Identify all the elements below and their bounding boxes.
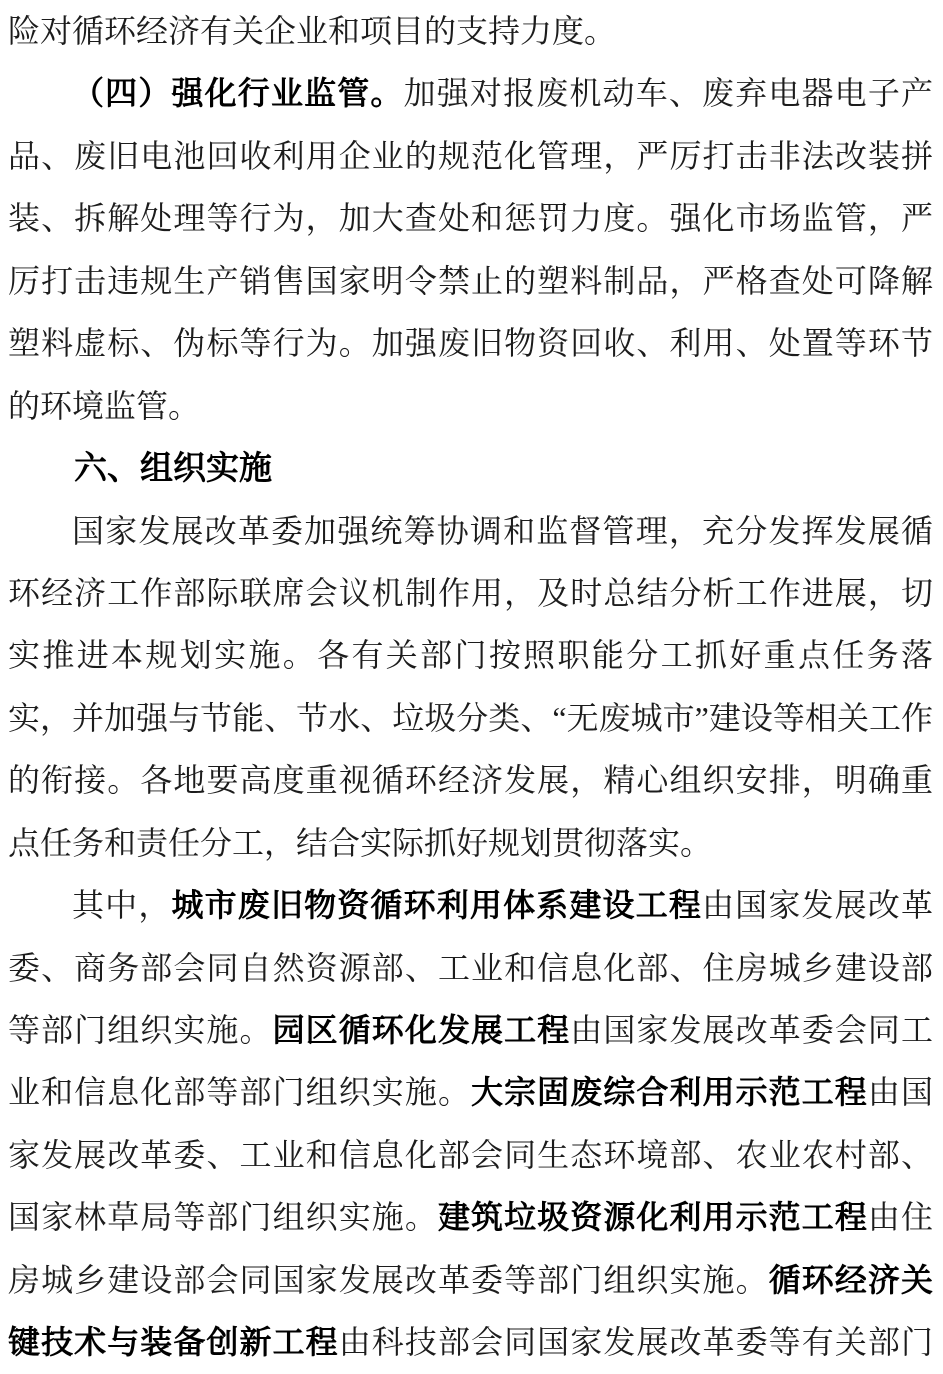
text-line: 实推进本规划实施。各有关部门按照职能分工抓好重点任务落 — [8, 624, 933, 686]
text-segment: 加强对报废机动车、废弃电器电子产 — [404, 75, 933, 111]
text-segment: 厉打击违规生产销售国家明令禁止的塑料制品，严格查处可降解 — [8, 263, 933, 299]
text-line: 险对循环经济有关企业和项目的支持力度。 — [8, 0, 933, 62]
emphasis-segment: 六、组织实施 — [74, 449, 272, 486]
text-segment: 其中， — [72, 887, 171, 923]
text-segment: 由国 — [868, 1074, 933, 1110]
emphasis-segment: （四）强化行业监管。 — [72, 75, 404, 111]
text-segment: 品、废旧电池回收利用企业的规范化管理，严厉打击非法改装拼 — [8, 138, 933, 174]
text-line: 键技术与装备创新工程由科技部会同国家发展改革委等有关部门 — [8, 1311, 933, 1373]
text-segment: 由住 — [868, 1199, 933, 1235]
text-segment: 家发展改革委、工业和信息化部会同生态环境部、农业农村部、 — [8, 1137, 933, 1173]
text-segment: 点任务和责任分工，结合实际抓好规划贯彻落实。 — [8, 825, 712, 861]
document-page: 险对循环经济有关企业和项目的支持力度。（四）强化行业监管。加强对报废机动车、废弃… — [0, 0, 943, 1374]
text-line: 委、商务部会同自然资源部、工业和信息化部、住房城乡建设部 — [8, 937, 933, 999]
text-segment: 环经济工作部际联席会议机制作用，及时总结分析工作进展，切 — [8, 575, 933, 611]
text-segment: 国家发展改革委加强统筹协调和监督管理，充分发挥发展循 — [72, 513, 933, 549]
text-segment: 由国家发展改革委会同工 — [570, 1012, 933, 1048]
text-line: 的环境监管。 — [8, 375, 933, 437]
text-segment: 等部门组织实施。 — [8, 1012, 273, 1048]
text-segment: 的衔接。各地要高度重视循环经济发展，精心组织安排，明确重 — [8, 762, 933, 798]
emphasis-segment: 循环经济关 — [769, 1262, 933, 1298]
text-line: 房城乡建设部会同国家发展改革委等部门组织实施。循环经济关 — [8, 1249, 933, 1311]
text-line: 国家林草局等部门组织实施。建筑垃圾资源化利用示范工程由住 — [8, 1186, 933, 1248]
text-segment: 装、拆解处理等行为，加大查处和惩罚力度。强化市场监管，严 — [8, 200, 933, 236]
emphasis-segment: 城市废旧物资循环利用体系建设工程 — [171, 887, 702, 923]
text-segment: 由科技部会同国家发展改革委等有关部门 — [339, 1324, 933, 1360]
text-line: 家发展改革委、工业和信息化部会同生态环境部、农业农村部、 — [8, 1124, 933, 1186]
text-segment: 国家林草局等部门组织实施。 — [8, 1199, 438, 1235]
text-line: 等部门组织实施。园区循环化发展工程由国家发展改革委会同工 — [8, 999, 933, 1061]
emphasis-segment: 建筑垃圾资源化利用示范工程 — [438, 1199, 868, 1235]
text-line: 塑料虚标、伪标等行为。加强废旧物资回收、利用、处置等环节 — [8, 312, 933, 374]
text-line: 装、拆解处理等行为，加大查处和惩罚力度。强化市场监管，严 — [8, 187, 933, 249]
text-line: 国家发展改革委加强统筹协调和监督管理，充分发挥发展循 — [8, 500, 933, 562]
emphasis-segment: 园区循环化发展工程 — [273, 1012, 571, 1048]
text-segment: 实，并加强与节能、节水、垃圾分类、“无废城市”建设等相关工作 — [8, 700, 933, 736]
text-segment: 塑料虚标、伪标等行为。加强废旧物资回收、利用、处置等环节 — [8, 325, 933, 361]
text-line: 其中，城市废旧物资循环利用体系建设工程由国家发展改革 — [8, 874, 933, 936]
text-line: （四）强化行业监管。加强对报废机动车、废弃电器电子产 — [8, 62, 933, 124]
text-segment: 业和信息化部等部门组织实施。 — [8, 1074, 471, 1110]
text-segment: 险对循环经济有关企业和项目的支持力度。 — [8, 13, 616, 49]
text-line: 的衔接。各地要高度重视循环经济发展，精心组织安排，明确重 — [8, 749, 933, 811]
text-line: 实，并加强与节能、节水、垃圾分类、“无废城市”建设等相关工作 — [8, 687, 933, 749]
text-line: 环经济工作部际联席会议机制作用，及时总结分析工作进展，切 — [8, 562, 933, 624]
text-segment: 由国家发展改革 — [702, 887, 933, 923]
emphasis-segment: 大宗固废综合利用示范工程 — [471, 1074, 868, 1110]
text-line: 点任务和责任分工，结合实际抓好规划贯彻落实。 — [8, 812, 933, 874]
text-segment: 的环境监管。 — [8, 388, 200, 424]
text-line: 厉打击违规生产销售国家明令禁止的塑料制品，严格查处可降解 — [8, 250, 933, 312]
emphasis-segment: 键技术与装备创新工程 — [8, 1324, 339, 1360]
section-heading: 六、组织实施 — [8, 437, 933, 499]
text-segment: 实推进本规划实施。各有关部门按照职能分工抓好重点任务落 — [8, 637, 933, 673]
text-line: 业和信息化部等部门组织实施。大宗固废综合利用示范工程由国 — [8, 1061, 933, 1123]
text-segment: 房城乡建设部会同国家发展改革委等部门组织实施。 — [8, 1262, 769, 1298]
text-line: 品、废旧电池回收利用企业的规范化管理，严厉打击非法改装拼 — [8, 125, 933, 187]
text-segment: 委、商务部会同自然资源部、工业和信息化部、住房城乡建设部 — [8, 950, 933, 986]
